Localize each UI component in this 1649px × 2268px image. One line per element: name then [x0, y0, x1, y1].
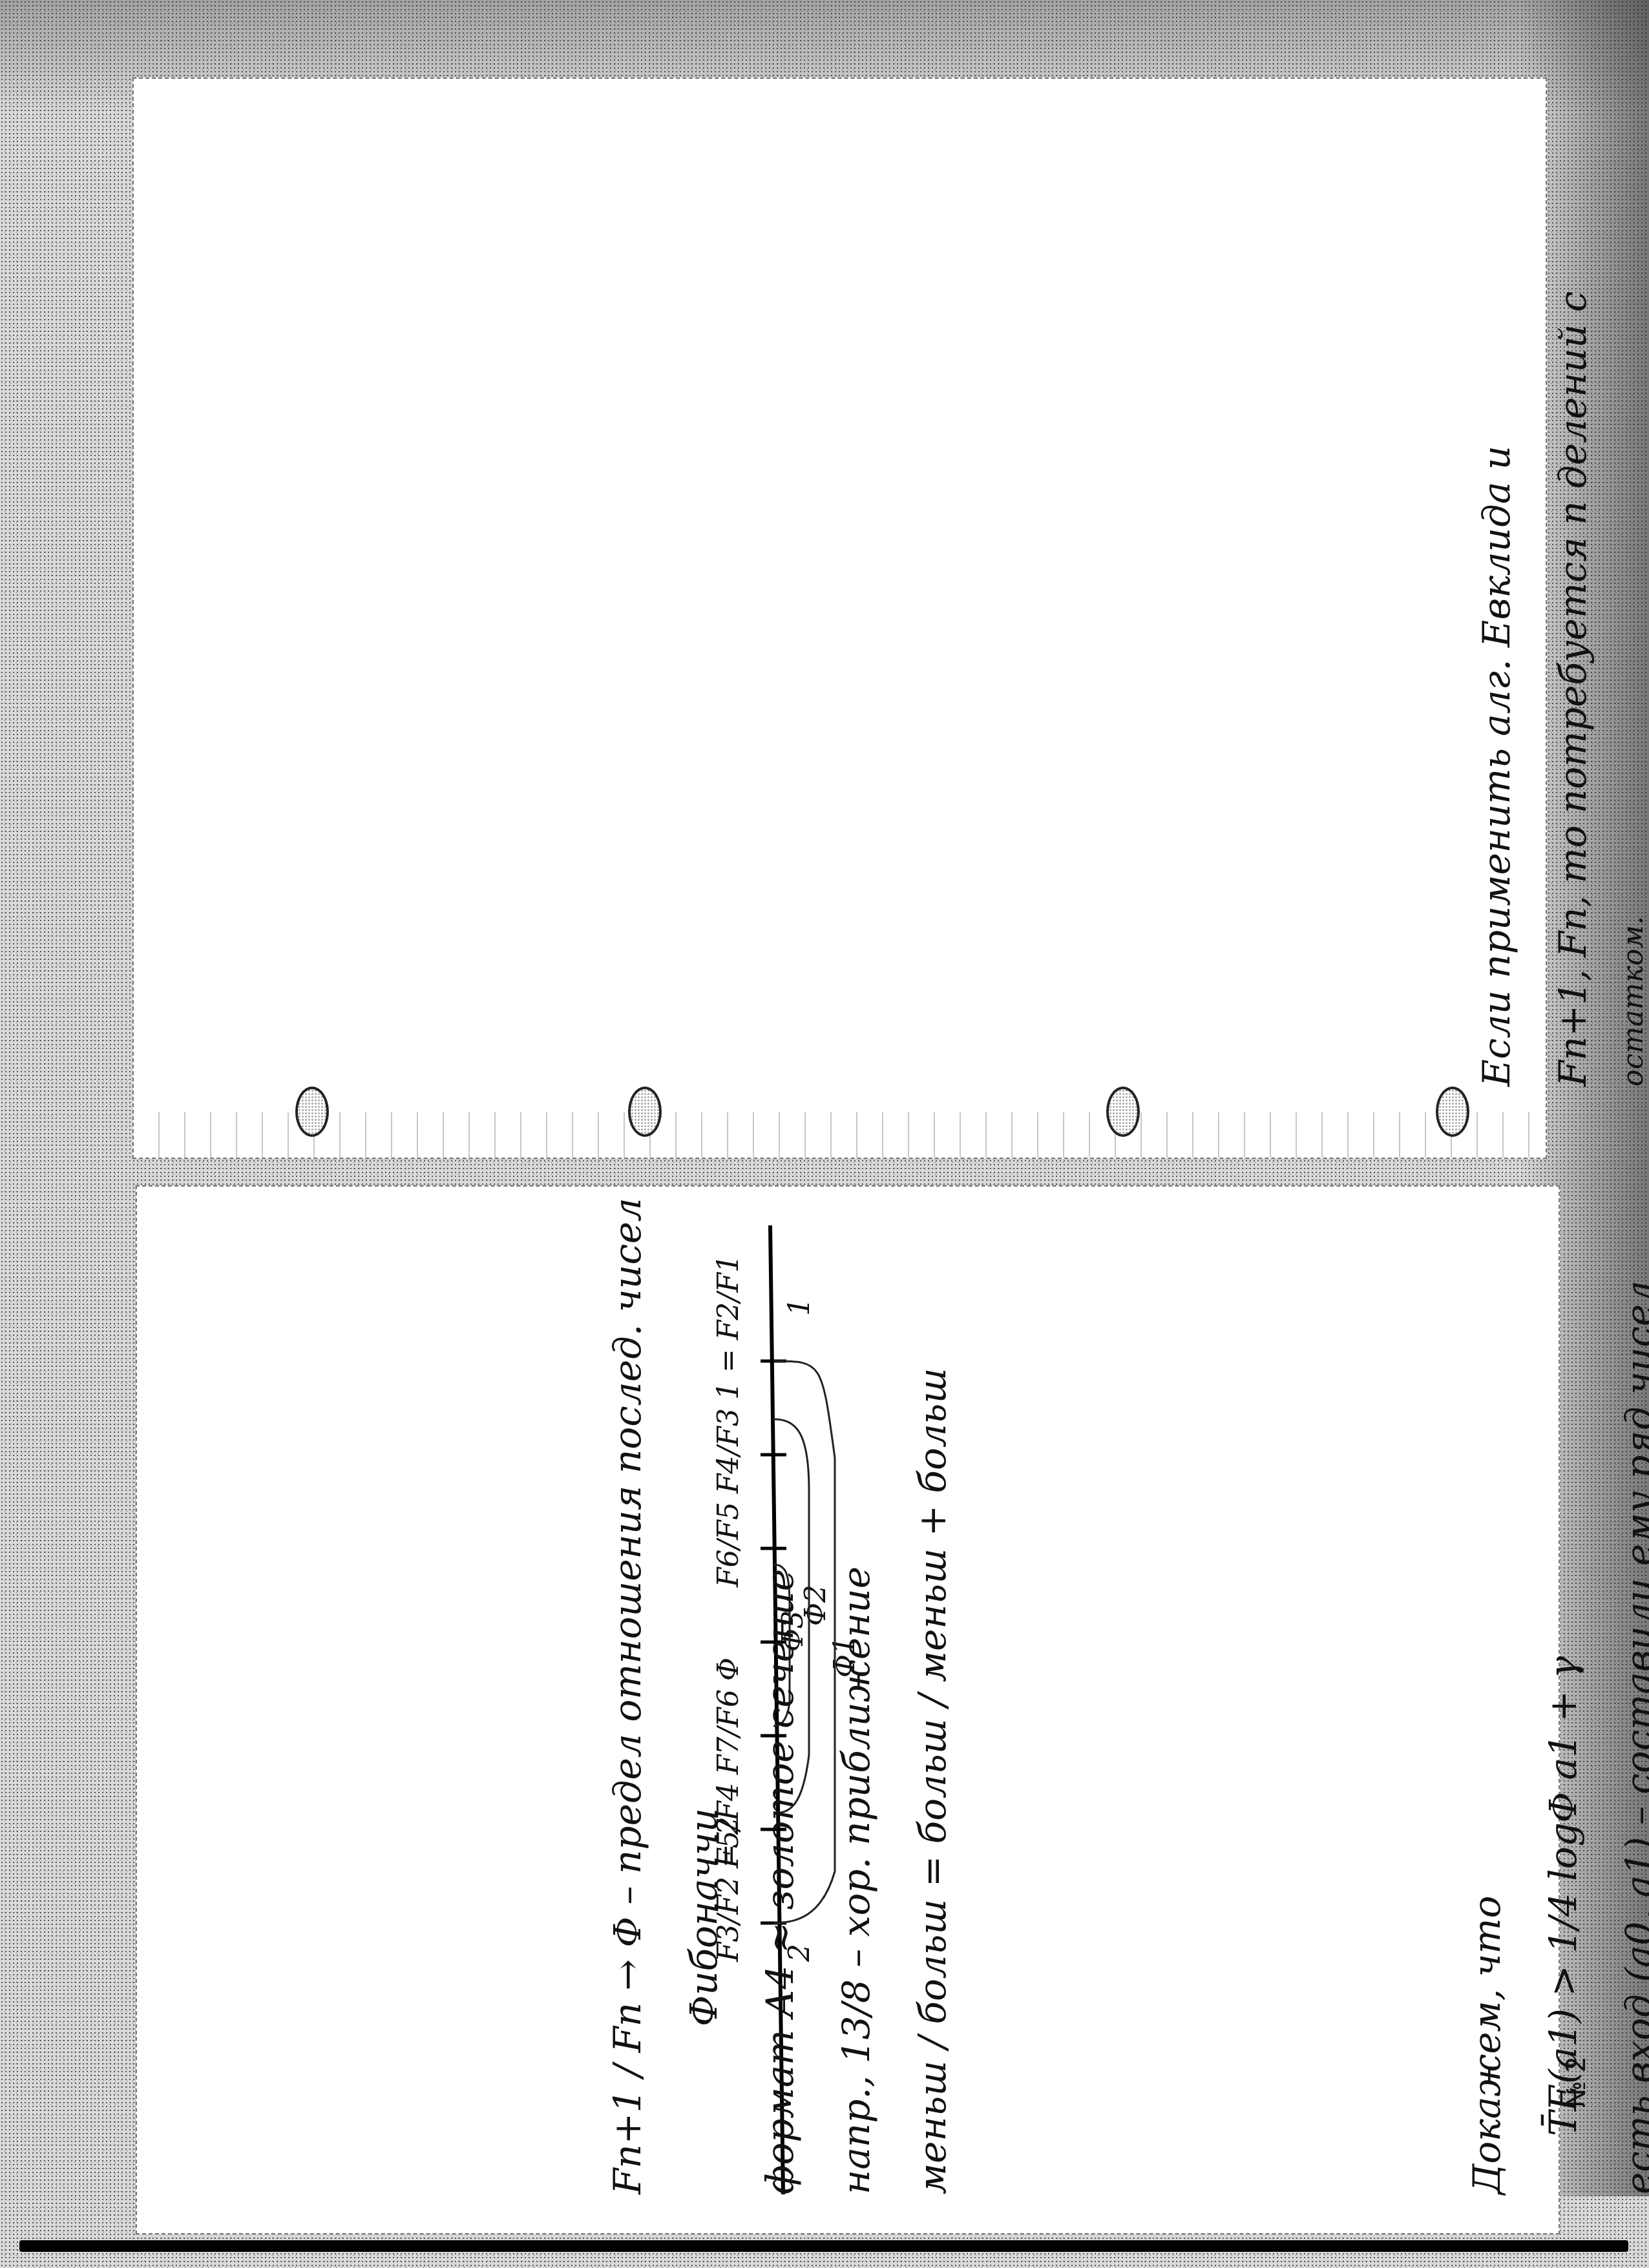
- text-line: напр., 13/8 – хор. приближение: [818, 1225, 894, 2194]
- text-line: Fn+1, Fn, то потребуется n делений с: [1535, 150, 1611, 1087]
- page-margin-grid: [134, 1112, 1546, 1158]
- text-line: меньш / больш = больш / меньш + больш: [894, 1225, 971, 2194]
- right-page-text-lower: Fn+1 / Fn → Φ – предел отношения послед.…: [589, 1225, 971, 2194]
- page-number-mark: № 2: [1562, 2056, 1591, 2108]
- text-line: формат А4 ≈ золотое сечение: [742, 1225, 818, 2194]
- text-line: есть вход (a0, a1) – составили ему ряд ч…: [1601, 1225, 1649, 2194]
- notebook-page-left: Если применить алг. Евклида и Fn+1, Fn, …: [132, 78, 1547, 1159]
- text-line: Фибоначчи: [666, 1225, 742, 2194]
- notebook-page-right: Докажем, что T̄E(a1) > 1/4 logΦ a1 + γ е…: [136, 1185, 1560, 2234]
- left-page-text: Если применить алг. Евклида и Fn+1, Fn, …: [1458, 150, 1649, 1087]
- punch-hole: [1106, 1087, 1140, 1137]
- scan-bottom-edge: [19, 2240, 1628, 2252]
- punch-hole: [628, 1087, 662, 1137]
- text-line: Fn+1 / Fn → Φ – предел отношения послед.…: [589, 1225, 666, 2194]
- text-line: остатком.: [1611, 150, 1649, 1087]
- punch-hole: [1436, 1087, 1469, 1137]
- punch-hole: [295, 1087, 329, 1137]
- text-line: Если применить алг. Евклида и: [1458, 150, 1535, 1087]
